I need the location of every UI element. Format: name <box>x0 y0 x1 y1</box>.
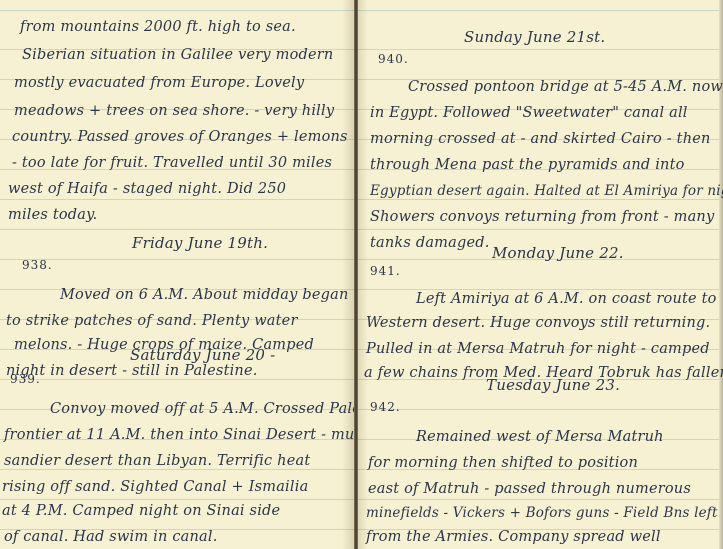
text-line: tanks damaged. <box>370 228 490 258</box>
text-line: of canal. Had swim in canal. <box>4 522 218 549</box>
entry-date-heading: Monday June 22. <box>492 238 624 268</box>
right-page: Sunday June 21st. 940. Crossed pontoon b… <box>356 0 723 549</box>
entry-number: 942. <box>370 392 401 422</box>
diary-spread: from mountains 2000 ft. high to sea. Sib… <box>0 0 723 549</box>
entry-date-heading: Saturday June 20 - <box>130 340 275 370</box>
text-line: Siberian situation in Galilee very moder… <box>22 40 333 70</box>
entry-date-heading: Friday June 19th. <box>132 228 268 258</box>
text-line: miles today. <box>8 200 97 230</box>
entry-date-heading: Sunday June 21st. <box>464 22 605 52</box>
text-line: mostly evacuated from Europe. Lovely <box>14 68 304 98</box>
entry-number: 940. <box>378 44 409 74</box>
entry-date-heading: Tuesday June 23. <box>486 370 620 400</box>
text-line: from mountains 2000 ft. high to sea. <box>20 12 296 42</box>
text-line: from the Armies. Company spread well <box>366 522 661 549</box>
entry-number: 941. <box>370 256 401 286</box>
entry-number: 939. <box>10 364 41 394</box>
entry-number: 938. <box>22 250 53 280</box>
book-gutter <box>354 0 358 549</box>
left-page: from mountains 2000 ft. high to sea. Sib… <box>0 0 356 549</box>
